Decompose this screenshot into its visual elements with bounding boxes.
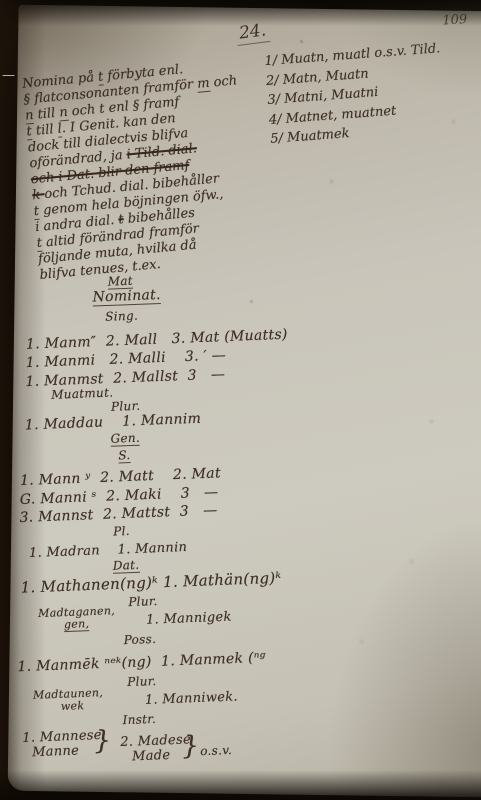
label-dative: Dat. (113, 558, 140, 573)
word-mat: Mat (107, 274, 133, 289)
label-singular-s: S. (118, 448, 131, 462)
handwriting-segment: Poss. (123, 632, 156, 647)
margin-dash: — (2, 68, 15, 83)
handwriting-segment: och (209, 73, 238, 90)
word-forms-list: 1/ Muatn, muatl o.s.v. Tild.2/ Matn, Mua… (264, 39, 447, 149)
paradigm-note: wek (61, 699, 85, 713)
handwriting-segment: Nominat. (92, 287, 161, 307)
intro-paragraph: Nomina på t förbyta enl.§ flatconsonante… (22, 54, 296, 284)
handwriting-segment: till (31, 122, 58, 139)
handwriting-segment: 2. Madese (120, 732, 191, 750)
paradigm-row: 1. Manmēk ⁿᵉᵏ(ng) 1. Manmek (ⁿᵍ (17, 650, 266, 676)
label-plural: Plur. (111, 399, 141, 414)
handwriting-segment: 1. Mannigek (146, 610, 232, 628)
paradigm-note: o.s.v. (200, 743, 232, 758)
label-instructive: Instr. (122, 712, 156, 727)
folio-number: 109 (442, 12, 468, 28)
label-possessive: Poss. (123, 632, 156, 647)
handwriting-segment: Manne (32, 743, 80, 760)
manuscript-page: 109 24. Nomina på t förbyta enl.§ flatco… (8, 5, 481, 798)
handwriting-segment: 1. Manniwek. (145, 689, 238, 708)
declension-paradigm: MatNominat.Sing.1. Manm″ 2. Mall 3. Mat … (19, 5, 481, 12)
handwriting-segment: Sing. (105, 309, 138, 324)
handwriting-segment: Plur. (111, 399, 141, 414)
label-plural: Plur. (127, 674, 157, 689)
handwriting-segment: } (94, 726, 112, 757)
page-number: 24. (235, 20, 271, 46)
handwriting-segment: 1. Madran 1. Mannin (29, 540, 188, 561)
handwriting-segment: 1. Manm″ 2. Mall 3. Mat (Muatts) (26, 327, 288, 353)
paradigm-row: 1. Mathanen(ng)ᵏ 1. Mathän(ng)ᵏ (20, 569, 281, 597)
paradigm-row: 2. Madese (120, 732, 191, 750)
handwriting-segment: Plur. (127, 674, 157, 689)
brace: } (182, 731, 200, 762)
handwriting-segment: o.s.v. (200, 743, 232, 758)
handwriting-segment: Dat. (113, 558, 140, 574)
handwriting-segment: Plur. (128, 594, 158, 609)
paradigm-row: 1. Madran 1. Mannin (29, 540, 188, 561)
handwriting-segment: Pl. (113, 524, 130, 539)
handwriting-segment: wek (61, 699, 85, 713)
paradigm-row: 1. Manniwek. (145, 689, 238, 708)
handwriting-segment: Gen. (110, 431, 140, 447)
label-plural-pl: Pl. (113, 524, 130, 539)
paradigm-note: Made (132, 748, 171, 764)
handwriting-segment: Made (132, 748, 171, 764)
handwriting-segment: S. (118, 448, 131, 463)
paradigm-row: 1. Maddau 1. Mannim (25, 411, 202, 434)
label-genitive: Gen. (110, 431, 140, 446)
paradigm-note: gen, (64, 617, 90, 631)
paradigm-row: 1. Manm″ 2. Mall 3. Mat (Muatts) (26, 327, 288, 353)
handwriting-segment: 1. Maddau 1. Mannim (25, 411, 202, 434)
label-nominative: Nominat. (92, 287, 161, 306)
handwriting-segment: Instr. (122, 712, 156, 727)
paradigm-note: Manne (32, 743, 80, 760)
paradigm-note: Muatmut. (51, 385, 114, 401)
handwriting-segment: till (33, 106, 60, 123)
handwriting-segment: gen, (64, 617, 90, 632)
manuscript-photo: — 109 24. Nomina på t förbyta enl.§ flat… (0, 0, 481, 800)
handwriting-segment: 1. Mathanen(ng)ᵏ 1. Mathän(ng)ᵏ (20, 569, 281, 597)
handwriting-segment: 1. Manmēk ⁿᵉᵏ(ng) 1. Manmek (ⁿᵍ (17, 650, 266, 676)
paradigm-row: 1. Mannigek (146, 610, 232, 628)
handwriting-segment: } (182, 731, 200, 762)
label-singular: Sing. (105, 309, 138, 324)
handwriting-segment: Muatmut. (51, 385, 114, 401)
label-plural: Plur. (128, 594, 158, 609)
brace: } (94, 726, 112, 757)
